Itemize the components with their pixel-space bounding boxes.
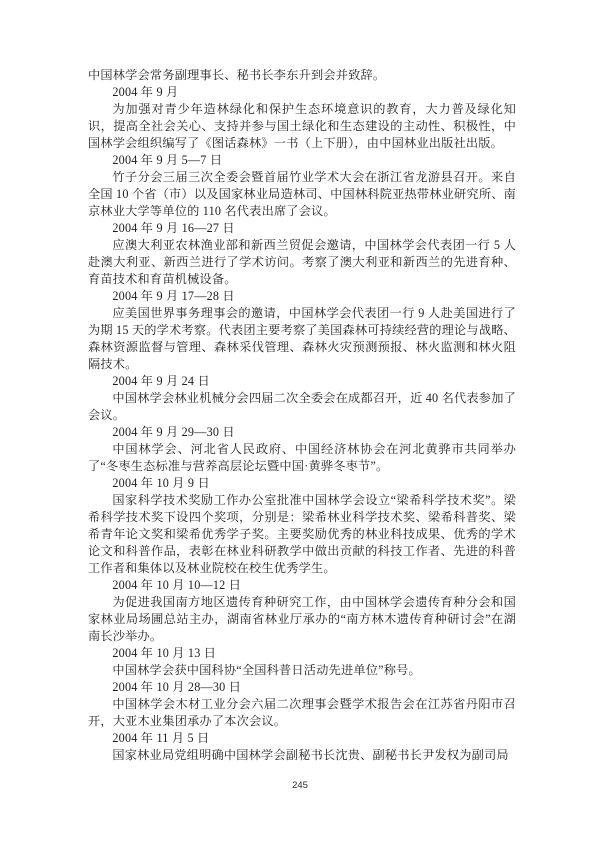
- date-heading: 2004 年 9 月: [88, 84, 516, 101]
- date-heading: 2004 年 10 月 13 日: [88, 645, 516, 662]
- event-paragraph: 国家科学技术奖励工作办公室批准中国林学会设立“梁希科学技术奖”。梁希科学技术奖下…: [88, 492, 516, 577]
- event-paragraph: 竹子分会三届三次全委会暨首届竹业学术大会在浙江省龙游县召开。来自全国 10 个省…: [88, 169, 516, 220]
- date-heading: 2004 年 9 月 16—27 日: [88, 220, 516, 237]
- date-heading: 2004 年 9 月 5—7 日: [88, 152, 516, 169]
- event-paragraph: 中国林学会、河北省人民政府、中国经济林协会在河北黄骅市共同举办了“冬枣生态标准与…: [88, 441, 516, 475]
- date-heading: 2004 年 10 月 28—30 日: [88, 679, 516, 696]
- event-paragraph: 应澳大利亚农林渔业部和新西兰贸促会邀请，中国林学会代表团一行 5 人赴澳大利亚、…: [88, 237, 516, 288]
- date-heading: 2004 年 10 月 10—12 日: [88, 577, 516, 594]
- event-paragraph: 中国林学会获中国科协“全国科普日活动先进单位”称号。: [88, 662, 516, 679]
- event-paragraph: 中国林学会木材工业分会六届二次理事会暨学术报告会在江苏省丹阳市召开，大亚木业集团…: [88, 696, 516, 730]
- event-paragraph: 为加强对青少年造林绿化和保护生态环境意识的教育，大力普及绿化知识，提高全社会关心…: [88, 101, 516, 152]
- paragraph-continuation: 中国林学会常务副理事长、秘书长李东升到会并致辞。: [88, 67, 516, 84]
- page-number: 245: [0, 780, 600, 791]
- date-heading: 2004 年 9 月 24 日: [88, 373, 516, 390]
- date-heading: 2004 年 10 月 9 日: [88, 475, 516, 492]
- event-paragraph: 中国林学会林业机械分会四届二次全委会在成都召开，近 40 名代表参加了会议。: [88, 390, 516, 424]
- date-heading: 2004 年 9 月 29—30 日: [88, 424, 516, 441]
- event-paragraph: 为促进我国南方地区遗传育种研究工作，由中国林学会遗传育种分会和国家林业局场圃总站…: [88, 594, 516, 645]
- date-heading: 2004 年 11 月 5 日: [88, 730, 516, 747]
- date-heading: 2004 年 9 月 17—28 日: [88, 288, 516, 305]
- document-page: 中国林学会常务副理事长、秘书长李东升到会并致辞。 2004 年 9 月 为加强对…: [0, 0, 600, 848]
- chronicle-text-block: 中国林学会常务副理事长、秘书长李东升到会并致辞。 2004 年 9 月 为加强对…: [88, 67, 516, 764]
- event-paragraph: 国家林业局党组明确中国林学会副秘书长沈贵、副秘书长尹发权为副司局: [88, 747, 516, 764]
- event-paragraph: 应美国世界事务理事会的邀请，中国林学会代表团一行 9 人赴美国进行了为期 15 …: [88, 305, 516, 373]
